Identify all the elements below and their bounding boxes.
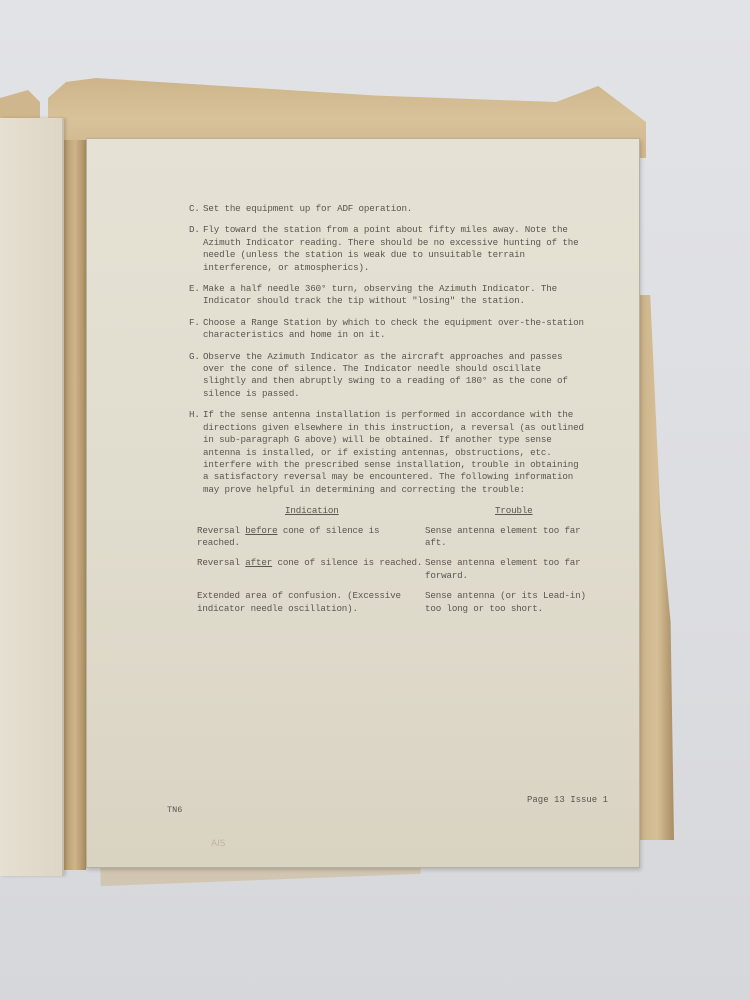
indication-cell: Reversal before cone of silence is reach…	[197, 525, 425, 550]
item-label: G.	[189, 351, 200, 363]
trouble-cell: Sense antenna element too far forward.	[425, 557, 595, 582]
troubleshooting-table: Indication Trouble Reversal before cone …	[189, 505, 599, 615]
text: Extended area of confusion. (Excessive i…	[197, 590, 401, 613]
page-number: Page 13 Issue 1	[527, 795, 608, 805]
text: cone of silence is reached.	[272, 557, 422, 568]
text: Reversal	[197, 557, 245, 568]
item-text: Set the equipment up for ADF operation.	[203, 203, 589, 215]
indication-cell: Extended area of confusion. (Excessive i…	[197, 590, 425, 615]
item-d: D. Fly toward the station from a point a…	[189, 224, 589, 274]
underlined-text: after	[245, 557, 272, 568]
item-text: If the sense antenna installation is per…	[203, 409, 589, 496]
folder-spine	[64, 140, 86, 870]
underlined-text: before	[245, 525, 277, 536]
item-f: F. Choose a Range Station by which to ch…	[189, 317, 589, 342]
pencil-mark: AIS	[211, 839, 226, 849]
table-header: Indication Trouble	[189, 505, 599, 517]
item-e: E. Make a half needle 360° turn, observi…	[189, 283, 589, 308]
text: Reversal	[197, 525, 245, 536]
left-page-sheet	[0, 118, 64, 876]
trouble-cell: Sense antenna (or its Lead-in) too long …	[425, 590, 595, 615]
item-h: H. If the sense antenna installation is …	[189, 409, 589, 496]
header-indication: Indication	[285, 505, 495, 517]
item-label: D.	[189, 224, 200, 236]
folder-right-edge	[640, 295, 674, 840]
document-page: C. Set the equipment up for ADF operatio…	[86, 138, 640, 868]
header-trouble: Trouble	[495, 505, 533, 517]
item-g: G. Observe the Azimuth Indicator as the …	[189, 351, 589, 401]
table-row: Extended area of confusion. (Excessive i…	[189, 590, 599, 615]
item-label: F.	[189, 317, 200, 329]
item-c: C. Set the equipment up for ADF operatio…	[189, 203, 589, 215]
trouble-cell: Sense antenna element too far aft.	[425, 525, 595, 550]
item-text: Observe the Azimuth Indicator as the air…	[203, 351, 589, 401]
item-label: C.	[189, 203, 200, 215]
item-label: E.	[189, 283, 200, 295]
table-row: Reversal after cone of silence is reache…	[189, 557, 599, 582]
document-body: C. Set the equipment up for ADF operatio…	[189, 203, 589, 623]
item-label: H.	[189, 409, 200, 421]
item-text: Choose a Range Station by which to check…	[203, 317, 589, 342]
indication-cell: Reversal after cone of silence is reache…	[197, 557, 425, 582]
document-code: TN6	[167, 805, 182, 815]
item-text: Fly toward the station from a point abou…	[203, 224, 589, 274]
item-text: Make a half needle 360° turn, observing …	[203, 283, 589, 308]
table-row: Reversal before cone of silence is reach…	[189, 525, 599, 550]
